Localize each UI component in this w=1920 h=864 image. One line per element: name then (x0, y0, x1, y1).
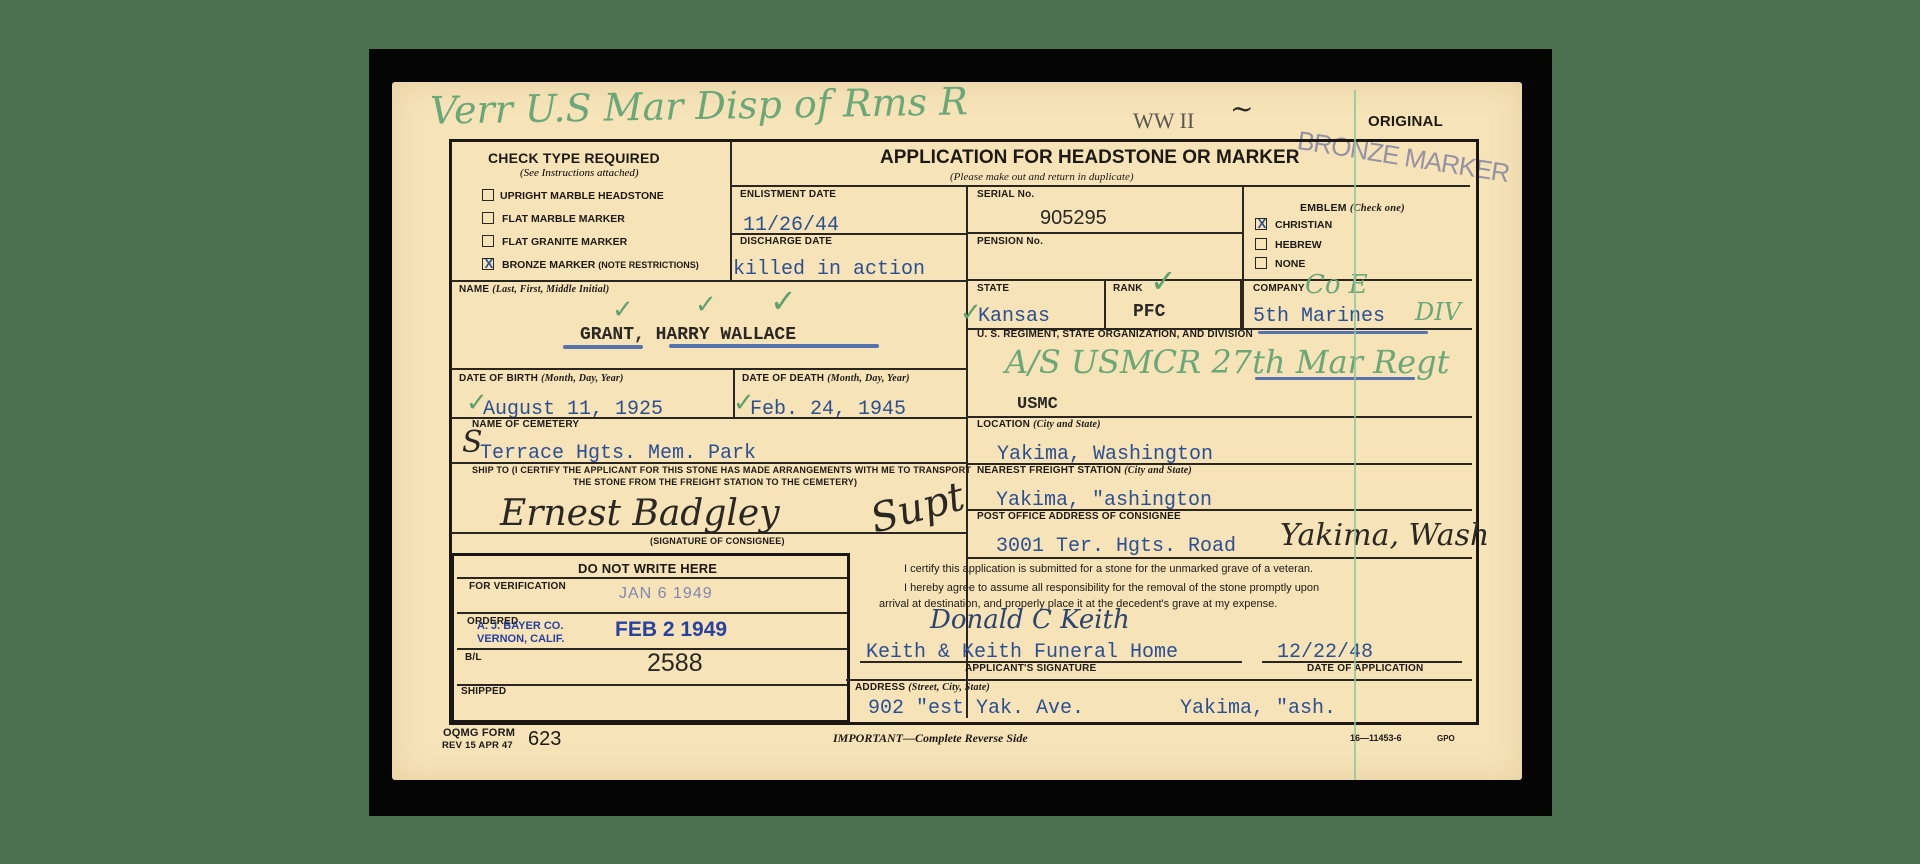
pension-number-label: PENSION No. (977, 236, 1043, 247)
bronze-marker-label: BRONZE MARKER (NOTE RESTRICTIONS) (502, 259, 699, 271)
divider (451, 280, 967, 282)
consignee-signature-label: (SIGNATURE OF CONSIGNEE) (650, 536, 785, 546)
company-value: 5th Marines (1253, 305, 1385, 328)
divider (968, 279, 1472, 281)
applicant-address-street: 902 "est Yak. Ave. (868, 697, 1084, 720)
regiment-value: USMC (1017, 395, 1058, 414)
divider (968, 416, 1472, 418)
none-emblem-checkbox[interactable] (1255, 257, 1267, 269)
christian-emblem-checkbox[interactable] (1255, 218, 1267, 230)
company-label: COMPANY (1253, 283, 1305, 294)
upright-marble-headstone-label: UPRIGHT MARBLE HEADSTONE (500, 190, 664, 202)
important-note: IMPORTANT—Complete Reverse Side (833, 731, 1028, 746)
handwritten-mark: ~ (1230, 92, 1253, 125)
ship-to-label-line1: SHIP TO (I CERTIFY THE APPLICANT FOR THI… (472, 465, 971, 475)
applicant-address-city: Yakima, "ash. (1180, 697, 1336, 720)
ink-underline (1258, 331, 1428, 334)
regiment-label: U. S. REGIMENT, STATE ORGANIZATION, AND … (977, 329, 1253, 340)
divider (1242, 185, 1244, 330)
ordered-date-stamp: FEB 2 1949 (615, 618, 727, 642)
rank-label: RANK (1113, 283, 1143, 294)
state-label: STATE (977, 283, 1009, 294)
divider (968, 557, 1472, 559)
shipped-label: SHIPPED (461, 686, 506, 697)
verification-date-stamp: JAN 6 1949 (619, 585, 713, 603)
date-of-death-label: DATE OF DEATH (Month, Day, Year) (742, 373, 910, 384)
divider (732, 185, 1470, 187)
applicant-signature-label: APPLICANT'S SIGNATURE (965, 663, 1096, 674)
christian-emblem-label: CHRISTIAN (1275, 219, 1332, 231)
discharge-date-label: DISCHARGE DATE (740, 236, 832, 247)
flat-marble-marker-label: FLAT MARBLE MARKER (502, 213, 625, 225)
ink-underline (1255, 377, 1415, 380)
check-type-title: CHECK TYPE REQUIRED (488, 150, 660, 166)
ship-to-label-line2: THE STONE FROM THE FREIGHT STATION TO TH… (573, 477, 857, 487)
check-mark-icon: ✓ (960, 298, 982, 328)
bronze-marker-checkbox[interactable] (482, 258, 494, 270)
check-mark-icon: ✓ (612, 295, 634, 325)
none-emblem-label: NONE (1275, 258, 1305, 270)
form-id-line1: OQMG FORM (443, 727, 515, 739)
bill-of-lading-value: 2588 (647, 649, 703, 678)
divider (968, 232, 1243, 234)
hebrew-emblem-label: HEBREW (1275, 239, 1322, 251)
applicant-handwritten-signature: Donald C Keith (930, 605, 1130, 635)
divider (457, 684, 847, 686)
divider (451, 532, 967, 534)
divider (451, 368, 967, 370)
certification-line2: I hereby agree to assume all responsibil… (904, 582, 1319, 594)
check-mark-icon: ✓ (733, 388, 755, 418)
upright-marble-headstone-checkbox[interactable] (482, 189, 494, 201)
ordered-stamp-city: VERNON, CALIF. (477, 633, 564, 645)
flat-granite-marker-label: FLAT GRANITE MARKER (502, 236, 627, 248)
consignee-address-label: POST OFFICE ADDRESS OF CONSIGNEE (977, 511, 1181, 522)
divider (966, 185, 968, 718)
certification-line1: I certify this application is submitted … (904, 563, 1313, 575)
enlistment-date-label: ENLISTMENT DATE (740, 189, 836, 200)
gpo-mark: GPO (1437, 734, 1455, 743)
application-date-label: DATE OF APPLICATION (1307, 663, 1423, 674)
form-subtitle: (Please make out and return in duplicate… (950, 171, 1134, 183)
divider (730, 141, 732, 280)
location-label: LOCATION (City and State) (977, 419, 1101, 430)
hebrew-emblem-checkbox[interactable] (1255, 238, 1267, 250)
emblem-label: EMBLEM (Check one) (1300, 202, 1405, 214)
applicant-address-label: ADDRESS (Street, City, State) (855, 682, 990, 693)
consignee-address-handwritten: Yakima, Wash (1280, 518, 1489, 553)
handwritten-note: Verr U.S Mar Disp of Rms R (430, 79, 968, 132)
divider (846, 679, 1472, 681)
check-mark-icon: ✓ (770, 282, 797, 320)
state-value: Kansas (978, 305, 1050, 328)
consignee-signature: Ernest Badgley (500, 493, 780, 534)
check-mark-icon: ✓ (1150, 262, 1177, 300)
check-mark-icon: ✓ (466, 388, 488, 418)
serial-number-label: SERIAL No. (977, 189, 1034, 200)
divider (457, 577, 847, 579)
flat-granite-marker-checkbox[interactable] (482, 235, 494, 247)
form-title: APPLICATION FOR HEADSTONE OR MARKER (880, 147, 1299, 169)
check-mark-icon: ✓ (695, 290, 717, 320)
cemetery-label: NAME OF CEMETERY (472, 419, 579, 430)
freight-station-label: NEAREST FREIGHT STATION (City and State) (977, 465, 1192, 476)
ordered-stamp-company: A. J. BAYER CO. (477, 620, 563, 632)
rank-value: PFC (1133, 302, 1165, 322)
name-label: NAME (Last, First, Middle Initial) (459, 284, 609, 295)
divider (1240, 280, 1242, 330)
consignee-address-value: 3001 Ter. Hgts. Road (996, 535, 1236, 558)
form-number: 623 (528, 728, 561, 751)
serial-number-value: 905295 (1040, 207, 1107, 230)
check-type-subtitle: (See Instructions attached) (520, 167, 639, 179)
discharge-date-value: killed in action (733, 258, 925, 281)
original-label: ORIGINAL (1368, 113, 1443, 130)
date-of-birth-label: DATE OF BIRTH (Month, Day, Year) (459, 373, 624, 384)
office-use-title: DO NOT WRITE HERE (578, 561, 717, 576)
bill-of-lading-label: B/L (465, 652, 482, 663)
form-id-line2: REV 15 APR 47 (442, 740, 513, 751)
name-value: GRANT, HARRY WALLACE (580, 325, 796, 345)
ink-underline (669, 344, 879, 348)
regiment-handwritten: A/S USMCR 27th Mar Regt (1005, 343, 1449, 381)
divider (457, 612, 847, 614)
company-handwritten-suffix: DIV (1415, 298, 1461, 326)
company-handwritten: Co E (1305, 270, 1368, 300)
era-stamp: WW II (1133, 108, 1194, 134)
pencil-line (1354, 90, 1356, 780)
verification-label: FOR VERIFICATION (469, 581, 566, 592)
divider (732, 233, 967, 235)
flat-marble-marker-checkbox[interactable] (482, 212, 494, 224)
print-code: 16—11453-6 (1350, 733, 1402, 743)
divider (1104, 280, 1106, 330)
ink-underline (563, 345, 643, 349)
divider (451, 462, 967, 464)
